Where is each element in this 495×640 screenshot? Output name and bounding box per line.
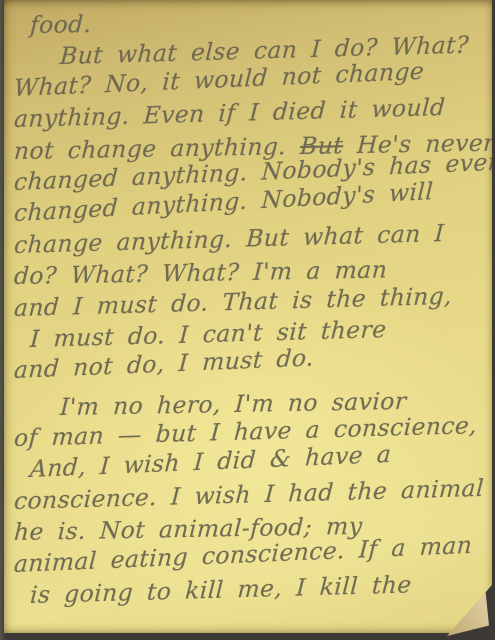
photo-background: food.But what else can I do? What?What? … (0, 0, 495, 640)
handwriting: food.But what else can I do? What?What? … (4, 0, 492, 633)
notebook-page: food.But what else can I do? What?What? … (4, 0, 492, 633)
